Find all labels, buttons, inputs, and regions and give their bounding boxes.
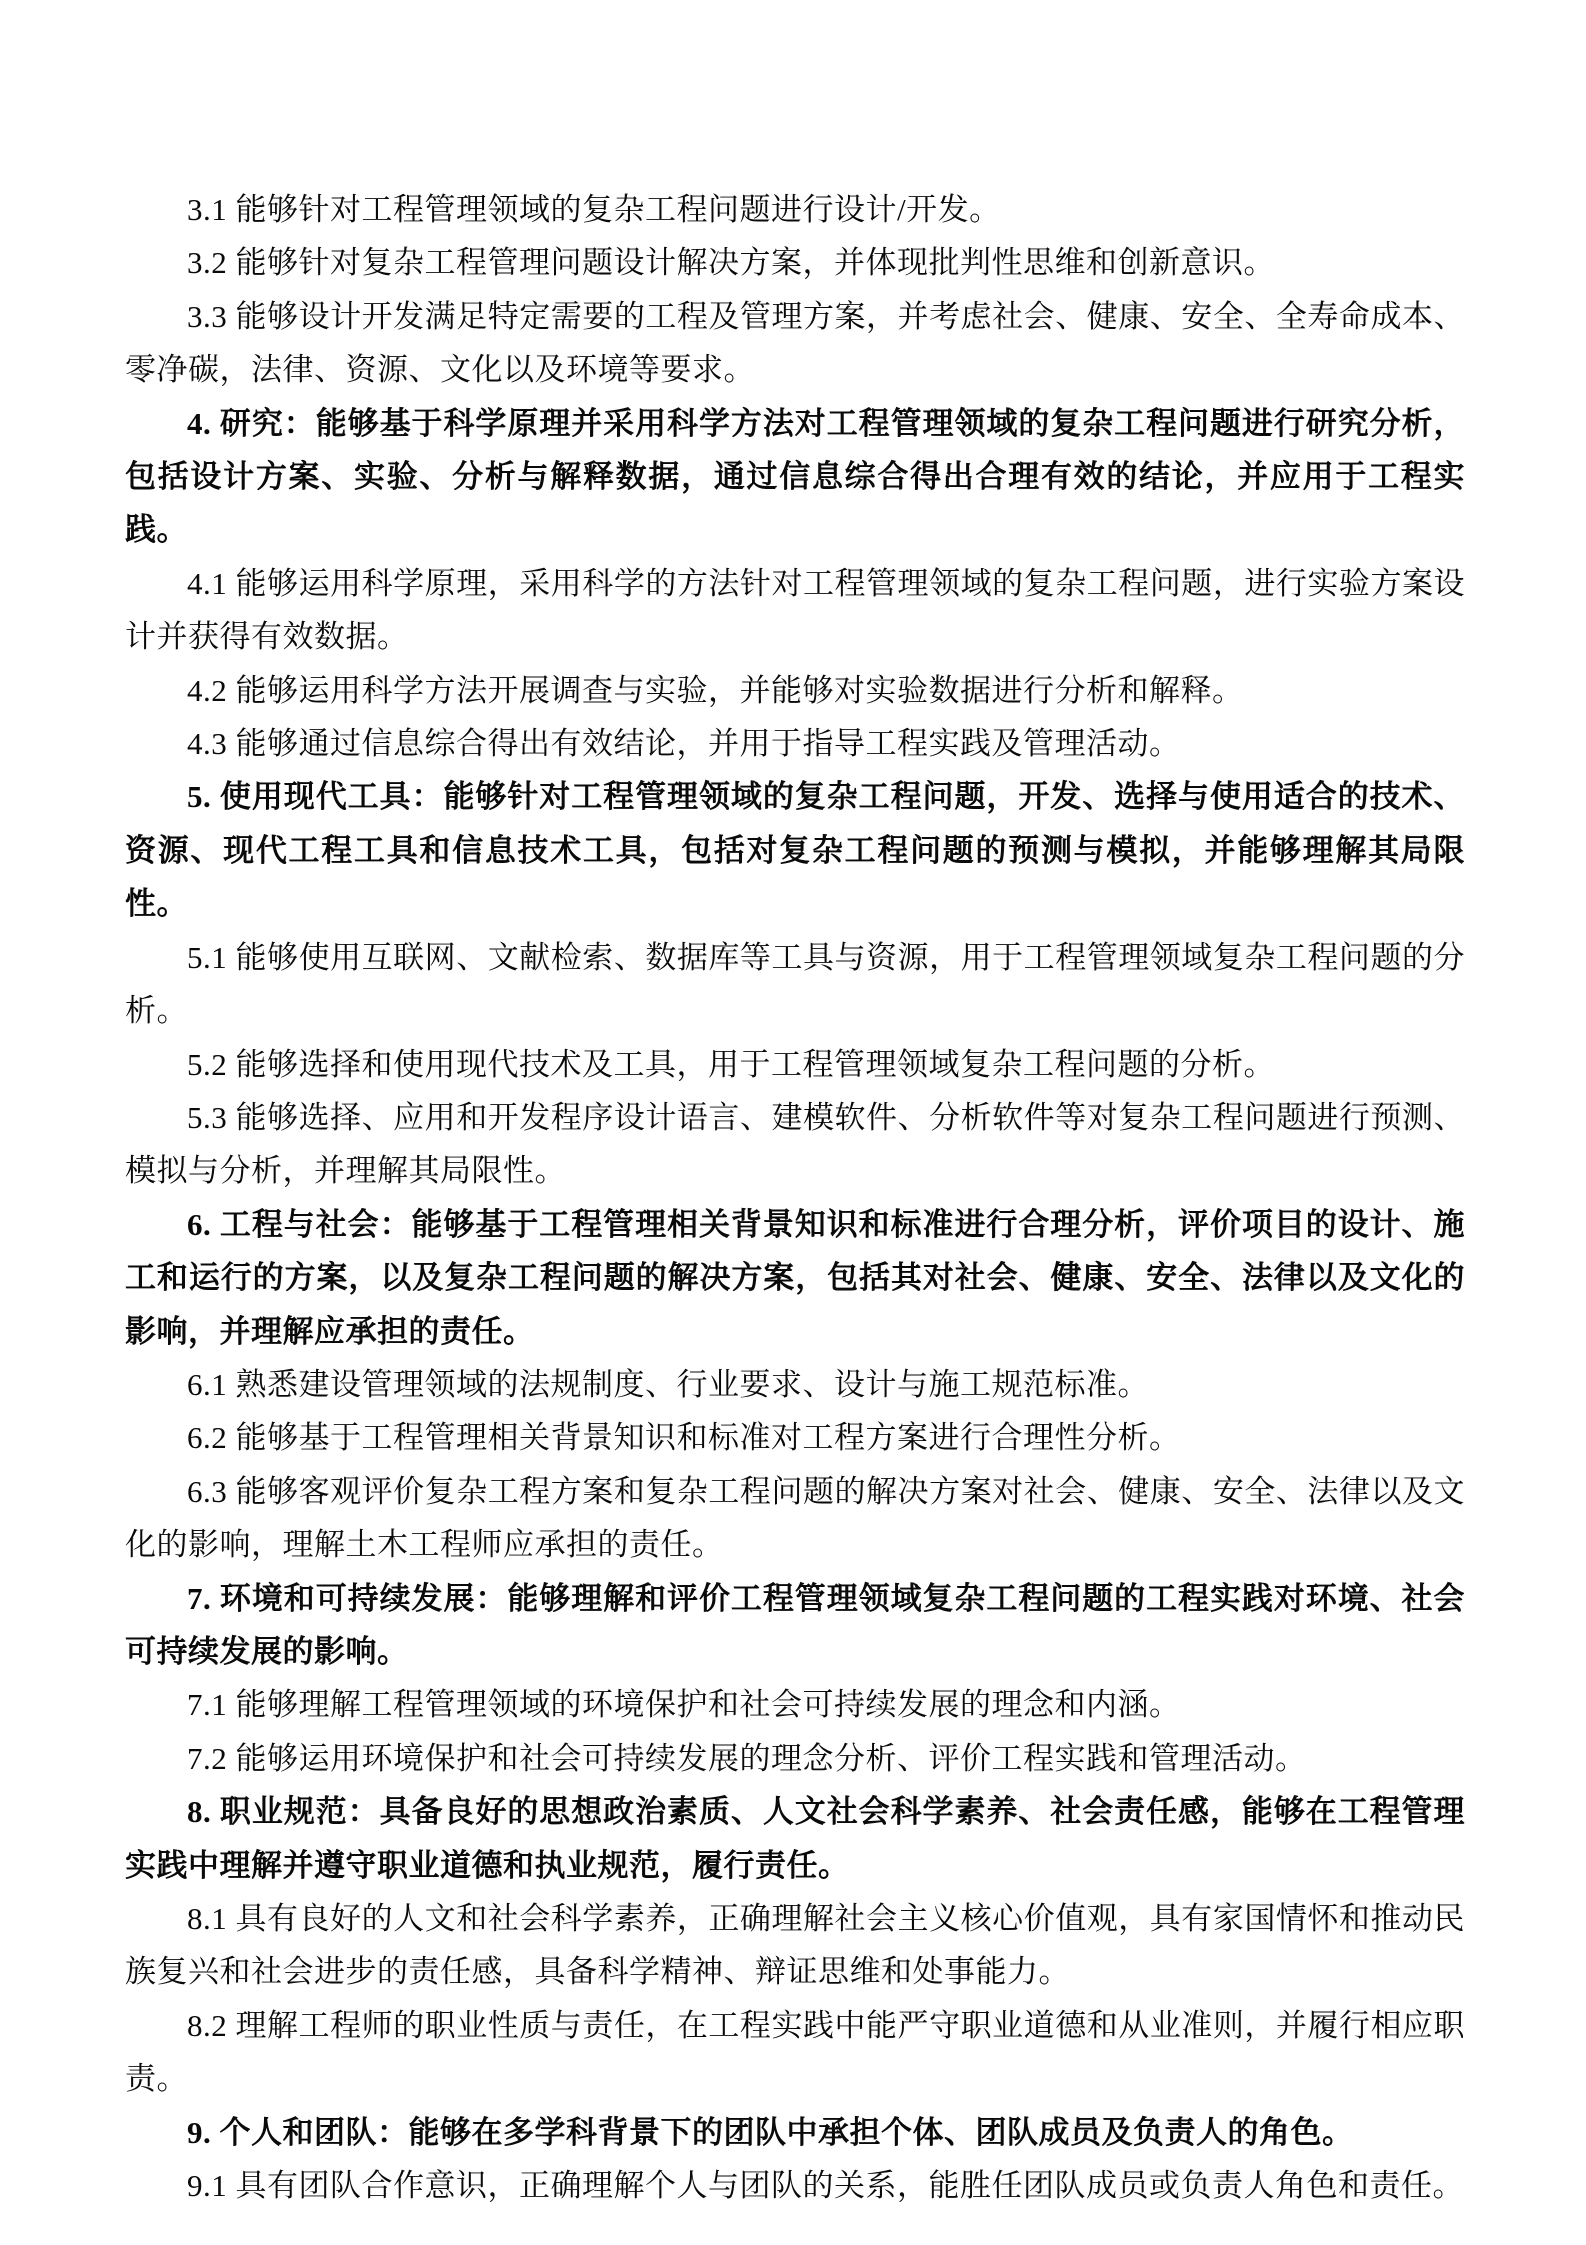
paragraph-9-1: 9.1 具有团队合作意识，正确理解个人与团队的关系，能胜任团队成员或负责人角色和… xyxy=(125,2159,1465,2212)
paragraph-3-3: 3.3 能够设计开发满足特定需要的工程及管理方案，并考虑社会、健康、安全、全寿命… xyxy=(125,290,1465,397)
paragraph-6-3: 6.3 能够客观评价复杂工程方案和复杂工程问题的解决方案对社会、健康、安全、法律… xyxy=(125,1465,1465,1572)
paragraph-3-1: 3.1 能够针对工程管理领域的复杂工程问题进行设计/开发。 xyxy=(125,183,1465,236)
document-page: 3.1 能够针对工程管理领域的复杂工程问题进行设计/开发。3.2 能够针对复杂工… xyxy=(0,0,1586,2245)
paragraph-5: 5. 使用现代工具：能够针对工程管理领域的复杂工程问题，开发、选择与使用适合的技… xyxy=(125,770,1465,930)
paragraph-4-1: 4.1 能够运用科学原理，采用科学的方法针对工程管理领域的复杂工程问题，进行实验… xyxy=(125,557,1465,664)
paragraph-7-1: 7.1 能够理解工程管理领域的环境保护和社会可持续发展的理念和内涵。 xyxy=(125,1678,1465,1731)
paragraph-6-1: 6.1 熟悉建设管理领域的法规制度、行业要求、设计与施工规范标准。 xyxy=(125,1358,1465,1411)
paragraph-7-2: 7.2 能够运用环境保护和社会可持续发展的理念分析、评价工程实践和管理活动。 xyxy=(125,1732,1465,1785)
document-text-block: 3.1 能够针对工程管理领域的复杂工程问题进行设计/开发。3.2 能够针对复杂工… xyxy=(125,183,1465,2212)
paragraph-8: 8. 职业规范：具备良好的思想政治素质、人文社会科学素养、社会责任感，能够在工程… xyxy=(125,1785,1465,1892)
paragraph-7: 7. 环境和可持续发展：能够理解和评价工程管理领域复杂工程问题的工程实践对环境、… xyxy=(125,1572,1465,1679)
paragraph-3-2: 3.2 能够针对复杂工程管理问题设计解决方案，并体现批判性思维和创新意识。 xyxy=(125,236,1465,289)
paragraph-6-2: 6.2 能够基于工程管理相关背景知识和标准对工程方案进行合理性分析。 xyxy=(125,1411,1465,1464)
paragraph-4-2: 4.2 能够运用科学方法开展调查与实验，并能够对实验数据进行分析和解释。 xyxy=(125,664,1465,717)
paragraph-4: 4. 研究：能够基于科学原理并采用科学方法对工程管理领域的复杂工程问题进行研究分… xyxy=(125,397,1465,557)
paragraph-4-3: 4.3 能够通过信息综合得出有效结论，并用于指导工程实践及管理活动。 xyxy=(125,717,1465,770)
paragraph-6: 6. 工程与社会：能够基于工程管理相关背景知识和标准进行合理分析，评价项目的设计… xyxy=(125,1198,1465,1358)
paragraph-8-1: 8.1 具有良好的人文和社会科学素养，正确理解社会主义核心价值观，具有家国情怀和… xyxy=(125,1892,1465,1999)
paragraph-5-2: 5.2 能够选择和使用现代技术及工具，用于工程管理领域复杂工程问题的分析。 xyxy=(125,1038,1465,1091)
paragraph-9: 9. 个人和团队：能够在多学科背景下的团队中承担个体、团队成员及负责人的角色。 xyxy=(125,2106,1465,2159)
paragraph-5-1: 5.1 能够使用互联网、文献检索、数据库等工具与资源，用于工程管理领域复杂工程问… xyxy=(125,931,1465,1038)
paragraph-8-2: 8.2 理解工程师的职业性质与责任，在工程实践中能严守职业道德和从业准则，并履行… xyxy=(125,1999,1465,2106)
paragraph-5-3: 5.3 能够选择、应用和开发程序设计语言、建模软件、分析软件等对复杂工程问题进行… xyxy=(125,1091,1465,1198)
